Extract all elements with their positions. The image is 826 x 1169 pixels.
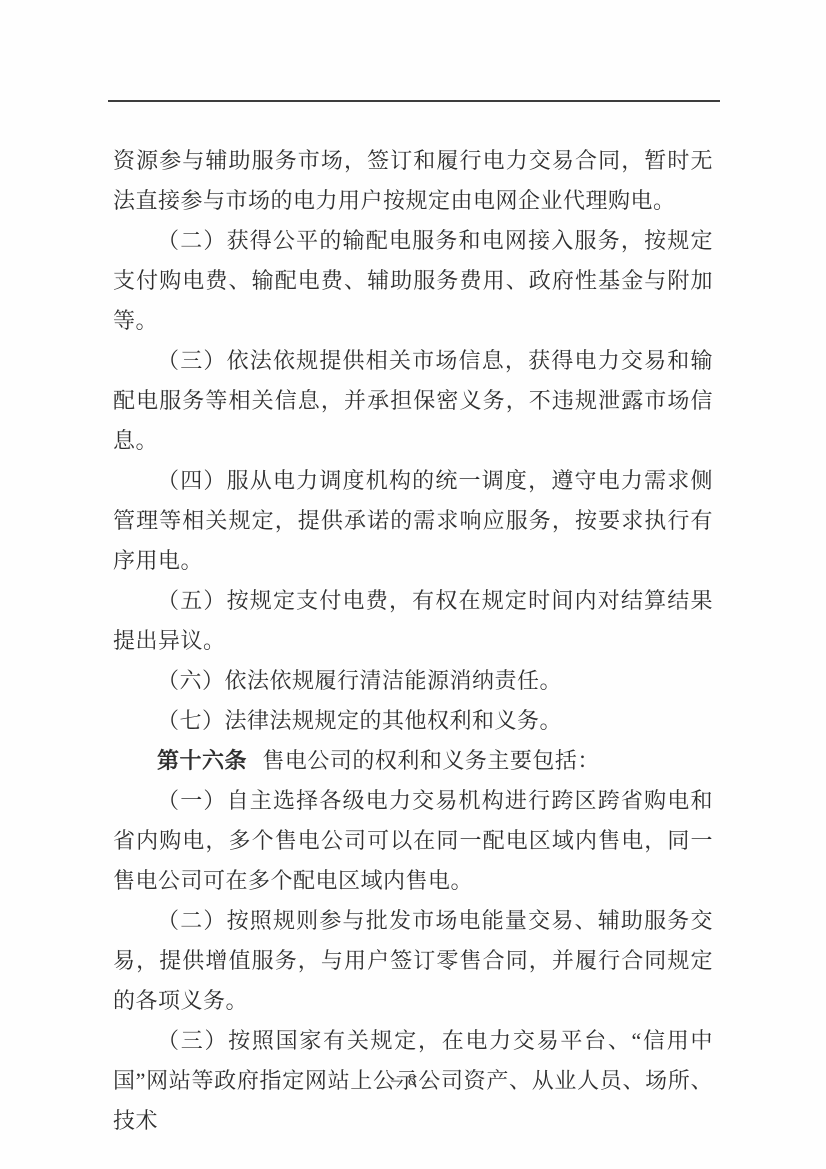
header-rule <box>108 100 720 102</box>
article-16-heading-text: 售电公司的权利和义务主要包括： <box>262 748 600 773</box>
body-paragraph-item-3: （三）依法依规提供相关市场信息，获得电力交易和输配电服务等相关信息，并承担保密义… <box>113 341 713 461</box>
body-paragraph-item-7: （七）法律法规规定的其他权利和义务。 <box>113 701 713 741</box>
body-paragraph-continuation: 资源参与辅助服务市场，签订和履行电力交易合同，暂时无法直接参与市场的电力用户按规… <box>113 141 713 221</box>
body-paragraph-art16-item-1: （一）自主选择各级电力交易机构进行跨区跨省购电和省内购电，多个售电公司可以在同一… <box>113 781 713 901</box>
document-body: 资源参与辅助服务市场，签订和履行电力交易合同，暂时无法直接参与市场的电力用户按规… <box>113 141 713 1141</box>
body-paragraph-item-5: （五）按规定支付电费，有权在规定时间内对结算结果提出异议。 <box>113 581 713 661</box>
article-16-number: 第十六条 <box>157 748 247 773</box>
page-number: – 8 – <box>113 1070 713 1090</box>
body-paragraph-item-4: （四）服从电力调度机构的统一调度，遵守电力需求侧管理等相关规定，提供承诺的需求响… <box>113 461 713 581</box>
body-paragraph-art16-item-2: （二）按照规则参与批发市场电能量交易、辅助服务交易，提供增值服务，与用户签订零售… <box>113 901 713 1021</box>
document-page: 资源参与辅助服务市场，签订和履行电力交易合同，暂时无法直接参与市场的电力用户按规… <box>0 0 826 1169</box>
body-paragraph-item-6: （六）依法依规履行清洁能源消纳责任。 <box>113 661 713 701</box>
body-paragraph-item-2: （二）获得公平的输配电服务和电网接入服务，按规定支付购电费、输配电费、辅助服务费… <box>113 221 713 341</box>
article-16-heading-paragraph: 第十六条售电公司的权利和义务主要包括： <box>113 741 713 781</box>
